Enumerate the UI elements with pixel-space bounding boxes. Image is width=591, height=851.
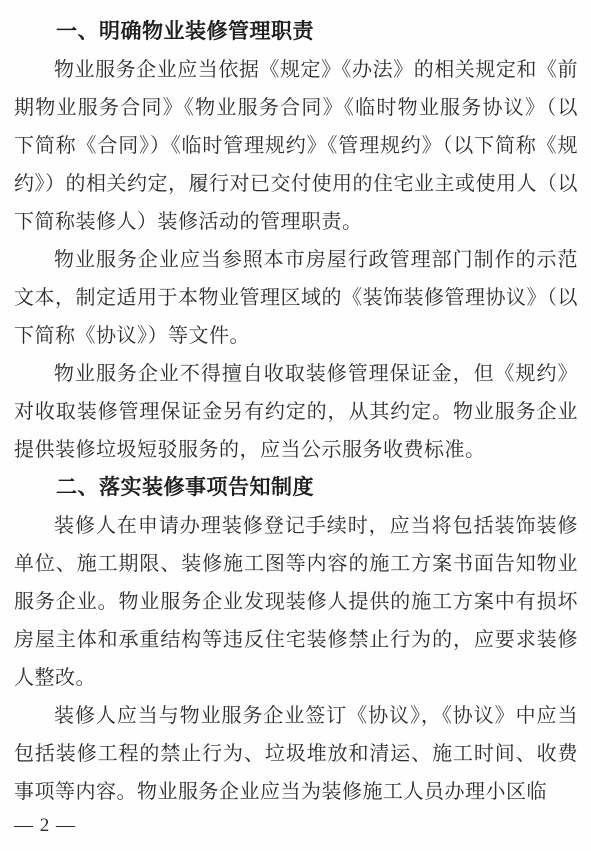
section-heading-2: 二、落实装修事项告知制度 [14,469,578,507]
body-paragraph: 装修人在申请办理装修登记手续时，应当将包括装饰装修单位、施工期限、装修施工图等内… [14,507,578,697]
body-paragraph: 物业服务企业不得擅自收取装修管理保证金，但《规约》对收取装修管理保证金另有约定的… [14,355,578,469]
page-number: — 2 — [14,815,76,837]
body-paragraph: 物业服务企业应当依据《规定》《办法》的相关规定和《前期物业服务合同》《物业服务合… [14,51,578,241]
document-page: 一、明确物业装修管理职责 物业服务企业应当依据《规定》《办法》的相关规定和《前期… [0,0,591,851]
section-decoration-management-duties: 一、明确物业装修管理职责 物业服务企业应当依据《规定》《办法》的相关规定和《前期… [14,13,578,469]
body-paragraph: 物业服务企业应当参照本市房屋行政管理部门制作的示范文本，制定适用于本物业管理区域… [14,241,578,355]
section-heading-1: 一、明确物业装修管理职责 [14,13,578,51]
section-decoration-notification-system: 二、落实装修事项告知制度 装修人在申请办理装修登记手续时，应当将包括装饰装修单位… [14,469,578,811]
body-paragraph: 装修人应当与物业服务企业签订《协议》，《协议》中应当包括装修工程的禁止行为、垃圾… [14,697,578,811]
